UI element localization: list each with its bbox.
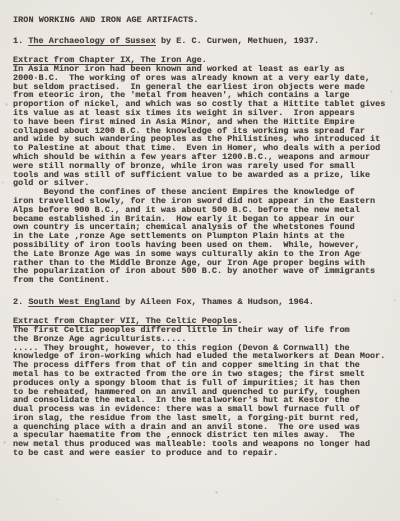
paragraph-iron-age-1: In Asia Minor iron had been known and wo… bbox=[13, 65, 392, 188]
scan-noise-speckles bbox=[0, 0, 1, 1]
book-title: The Archaeology of Sussex bbox=[28, 36, 156, 46]
book-title: South West England bbox=[28, 297, 120, 307]
book-reference-1: 1. The Archaeology of Sussex by E. C. Cu… bbox=[13, 37, 392, 46]
paragraph-celtic-peoples: The first Celtic peoples differed little… bbox=[13, 326, 392, 458]
book-reference-number: 2. bbox=[13, 297, 28, 307]
document-page: IRON WORKING AND IRON AGE ARTIFACTS. 1. … bbox=[0, 0, 400, 521]
book-reference-2: 2. South West England by Aileen Fox, Tha… bbox=[13, 298, 392, 307]
page-title: IRON WORKING AND IRON AGE ARTIFACTS. bbox=[13, 16, 392, 25]
paragraph-iron-age-2: Beyond the confines of these ancient Emp… bbox=[13, 188, 392, 285]
book-reference-number: 1. bbox=[13, 36, 28, 46]
book-byline: by Aileen Fox, Thames & Hudson, 1964. bbox=[120, 297, 314, 307]
book-byline: by E. C. Curwen, Methuen, 1937. bbox=[156, 36, 319, 46]
